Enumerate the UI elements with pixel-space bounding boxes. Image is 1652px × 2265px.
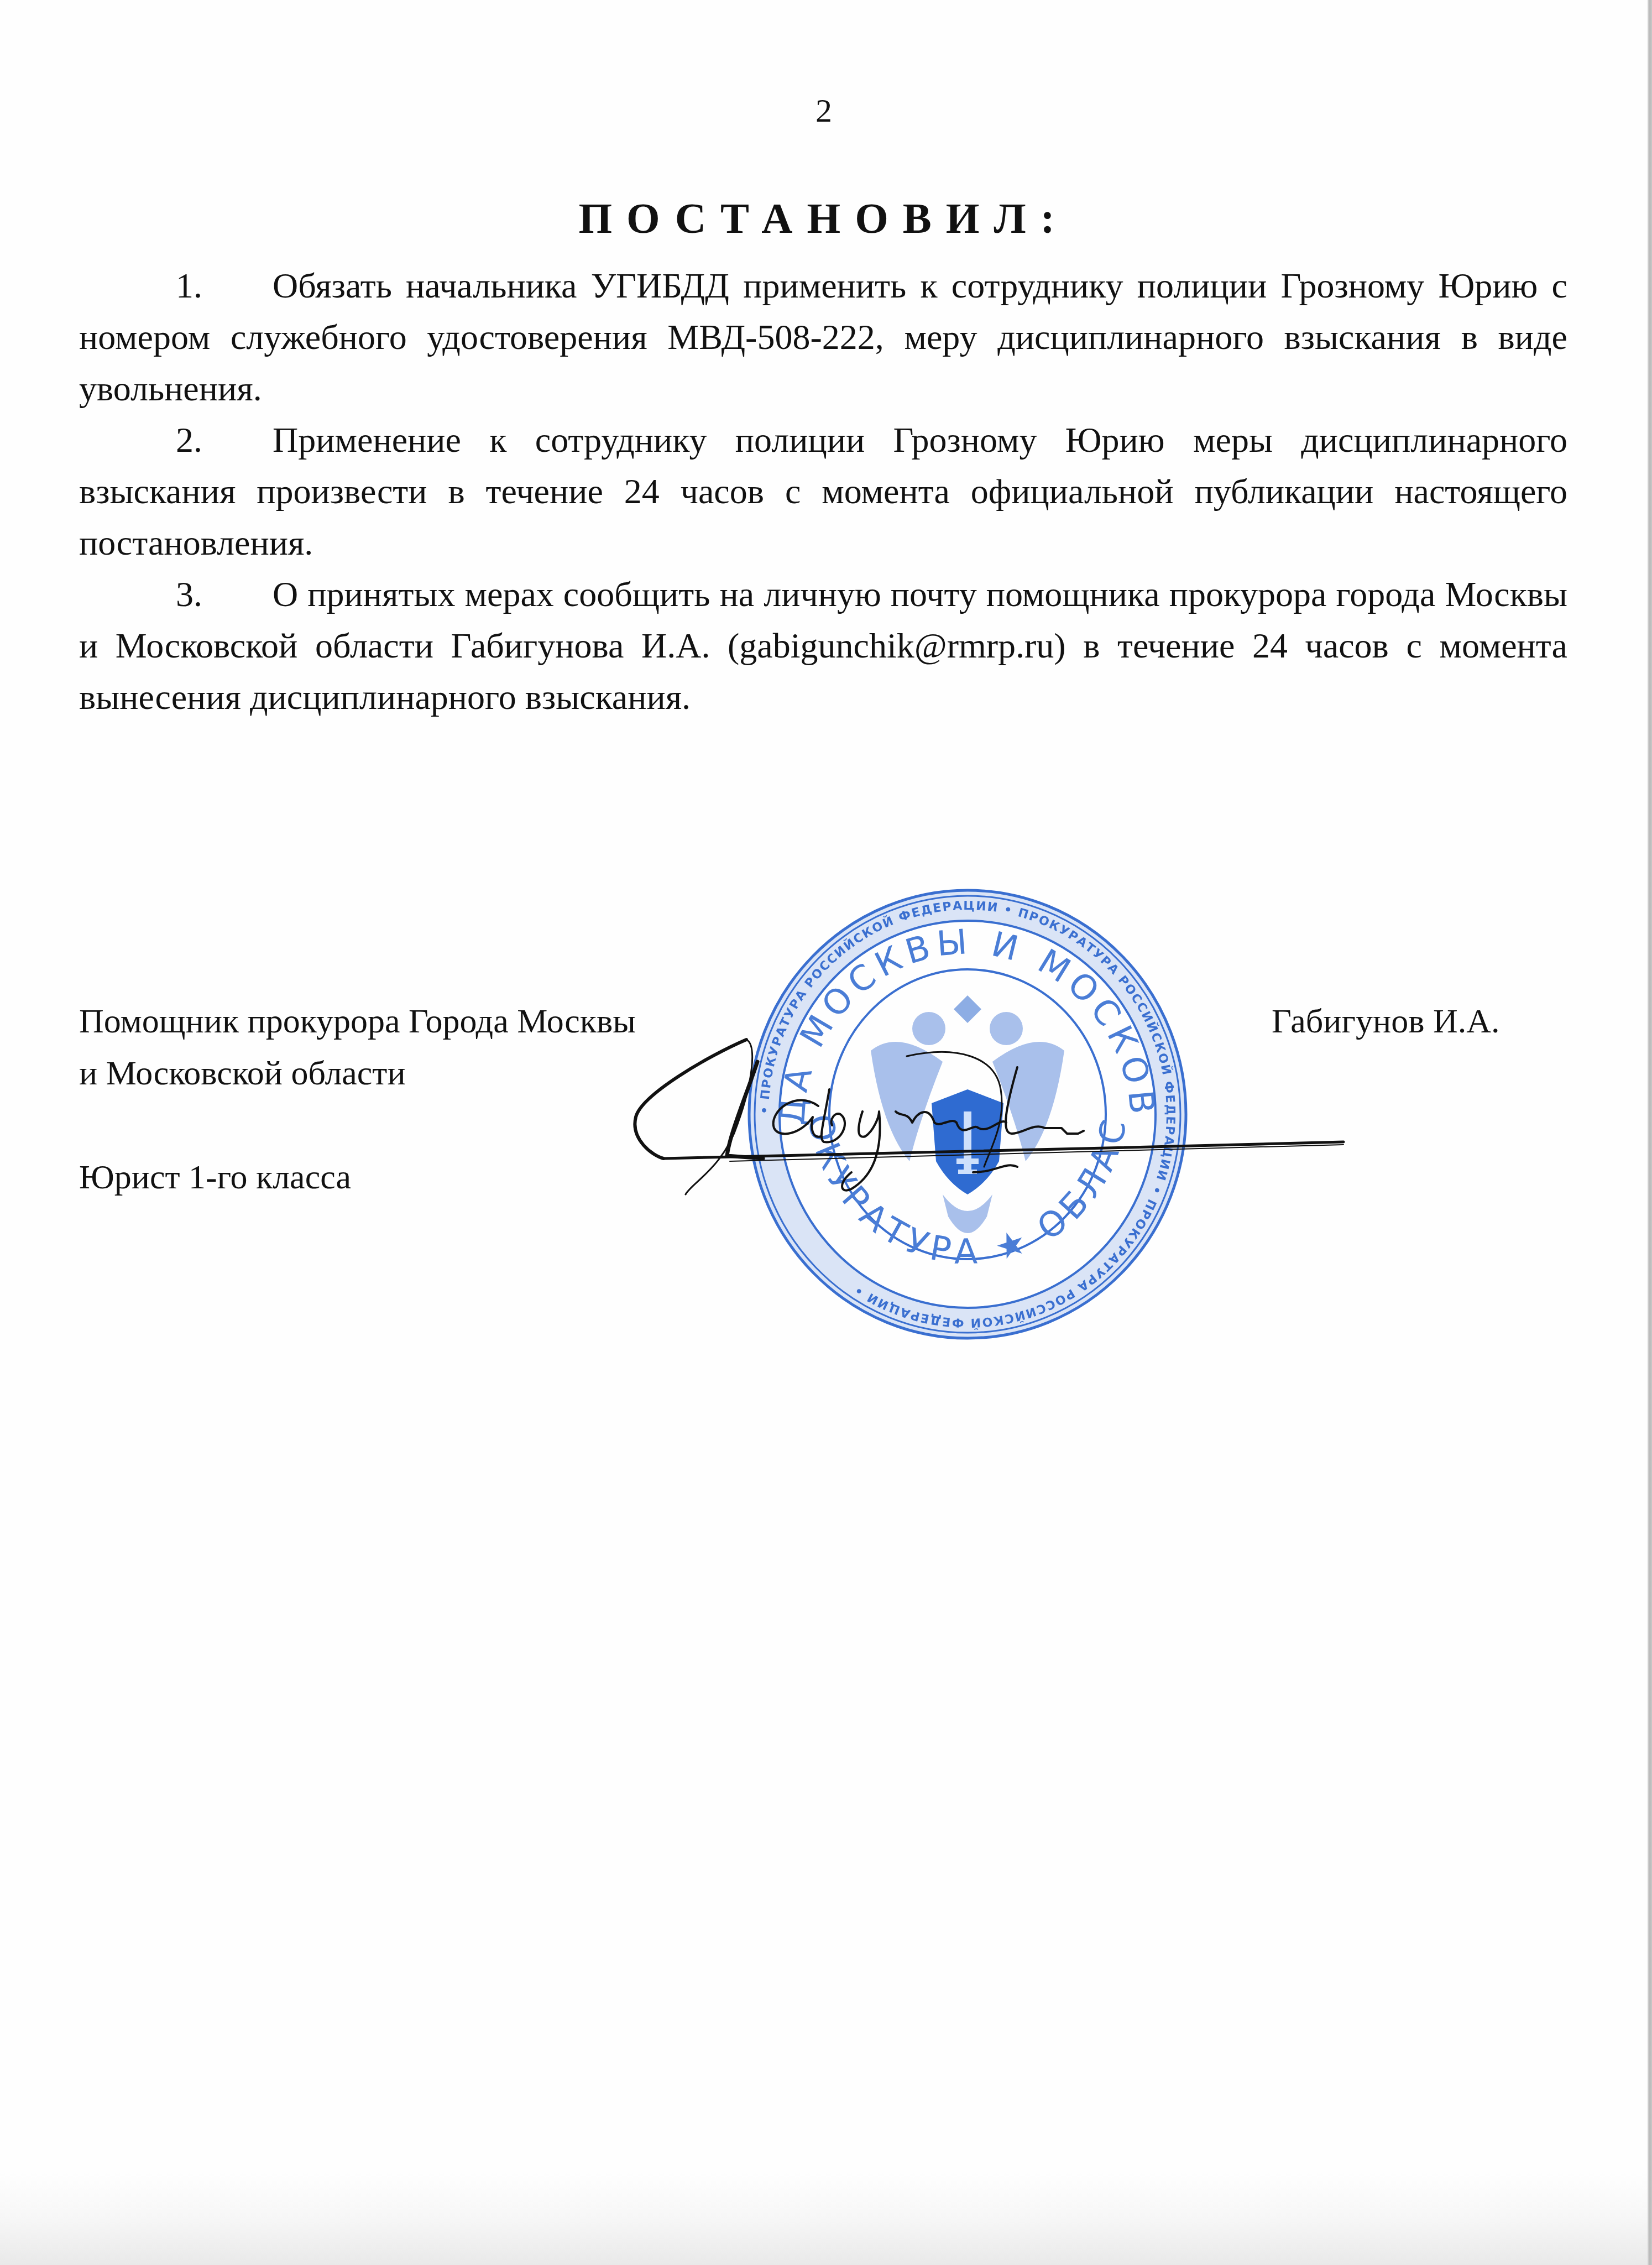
signatory-name: Габигунов И.А. (1272, 995, 1499, 1047)
document-heading: ПОСТАНОВИЛ: (0, 191, 1648, 246)
document-page: 2 ПОСТАНОВИЛ: 1.Обязать начальника УГИБД… (0, 0, 1648, 2265)
position-line-2: и Московской области (79, 1047, 636, 1099)
position-line-1: Помощник прокурора Города Москвы (79, 995, 636, 1047)
resolution-items: 1.Обязать начальника УГИБДД применить к … (79, 260, 1567, 723)
item-text: Обязать начальника УГИБДД применить к со… (79, 266, 1567, 408)
item-text: Применение к сотруднику полиции Грозному… (79, 420, 1567, 562)
handwritten-signature-icon (619, 1023, 1393, 1211)
item-number: 1. (176, 260, 273, 311)
signatory-position: Помощник прокурора Города Москвы и Моско… (79, 995, 636, 1099)
item-number: 3. (176, 568, 273, 620)
resolution-item-3: 3.О принятых мерах сообщить на личную по… (79, 568, 1567, 723)
item-text: О принятых мерах сообщить на личную почт… (79, 575, 1567, 717)
item-number: 2. (176, 414, 273, 466)
resolution-item-2: 2.Применение к сотруднику полиции Грозно… (79, 414, 1567, 568)
resolution-item-1: 1.Обязать начальника УГИБДД применить к … (79, 260, 1567, 414)
page-edge-divider (1648, 0, 1652, 2265)
signatory-rank: Юрист 1-го класса (79, 1151, 351, 1203)
page-number: 2 (0, 88, 1648, 133)
